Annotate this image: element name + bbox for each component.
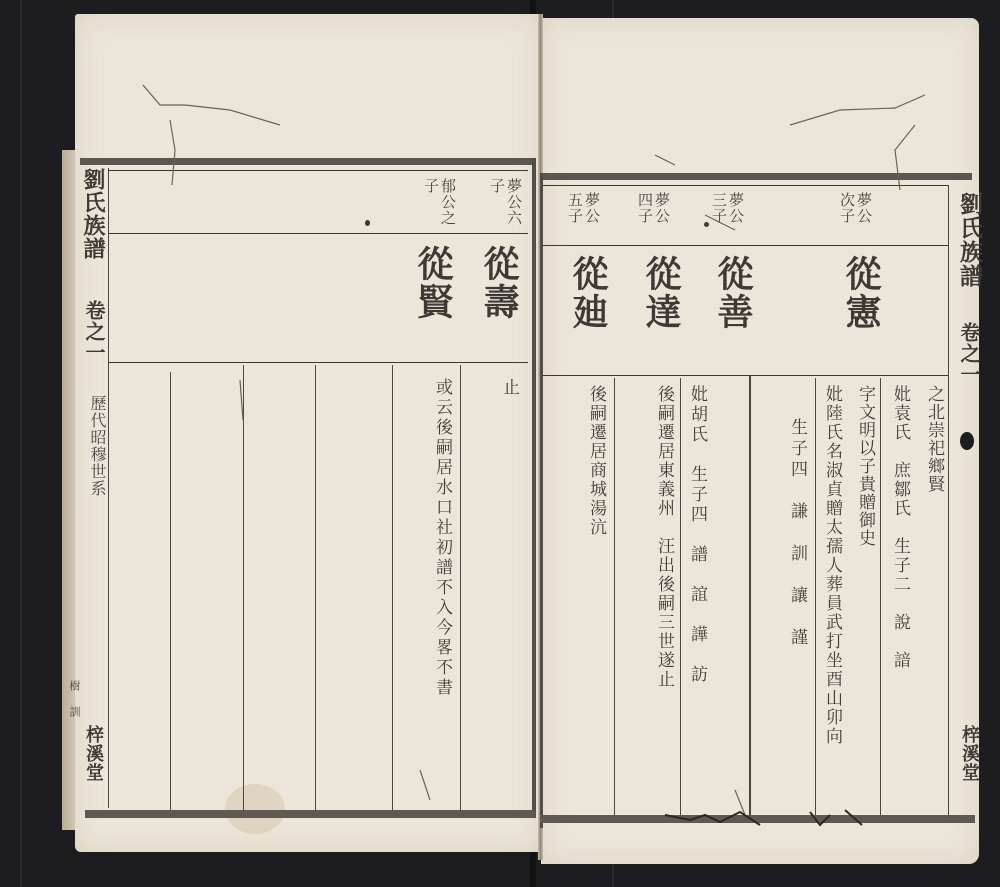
paper-cracks xyxy=(0,0,1000,887)
